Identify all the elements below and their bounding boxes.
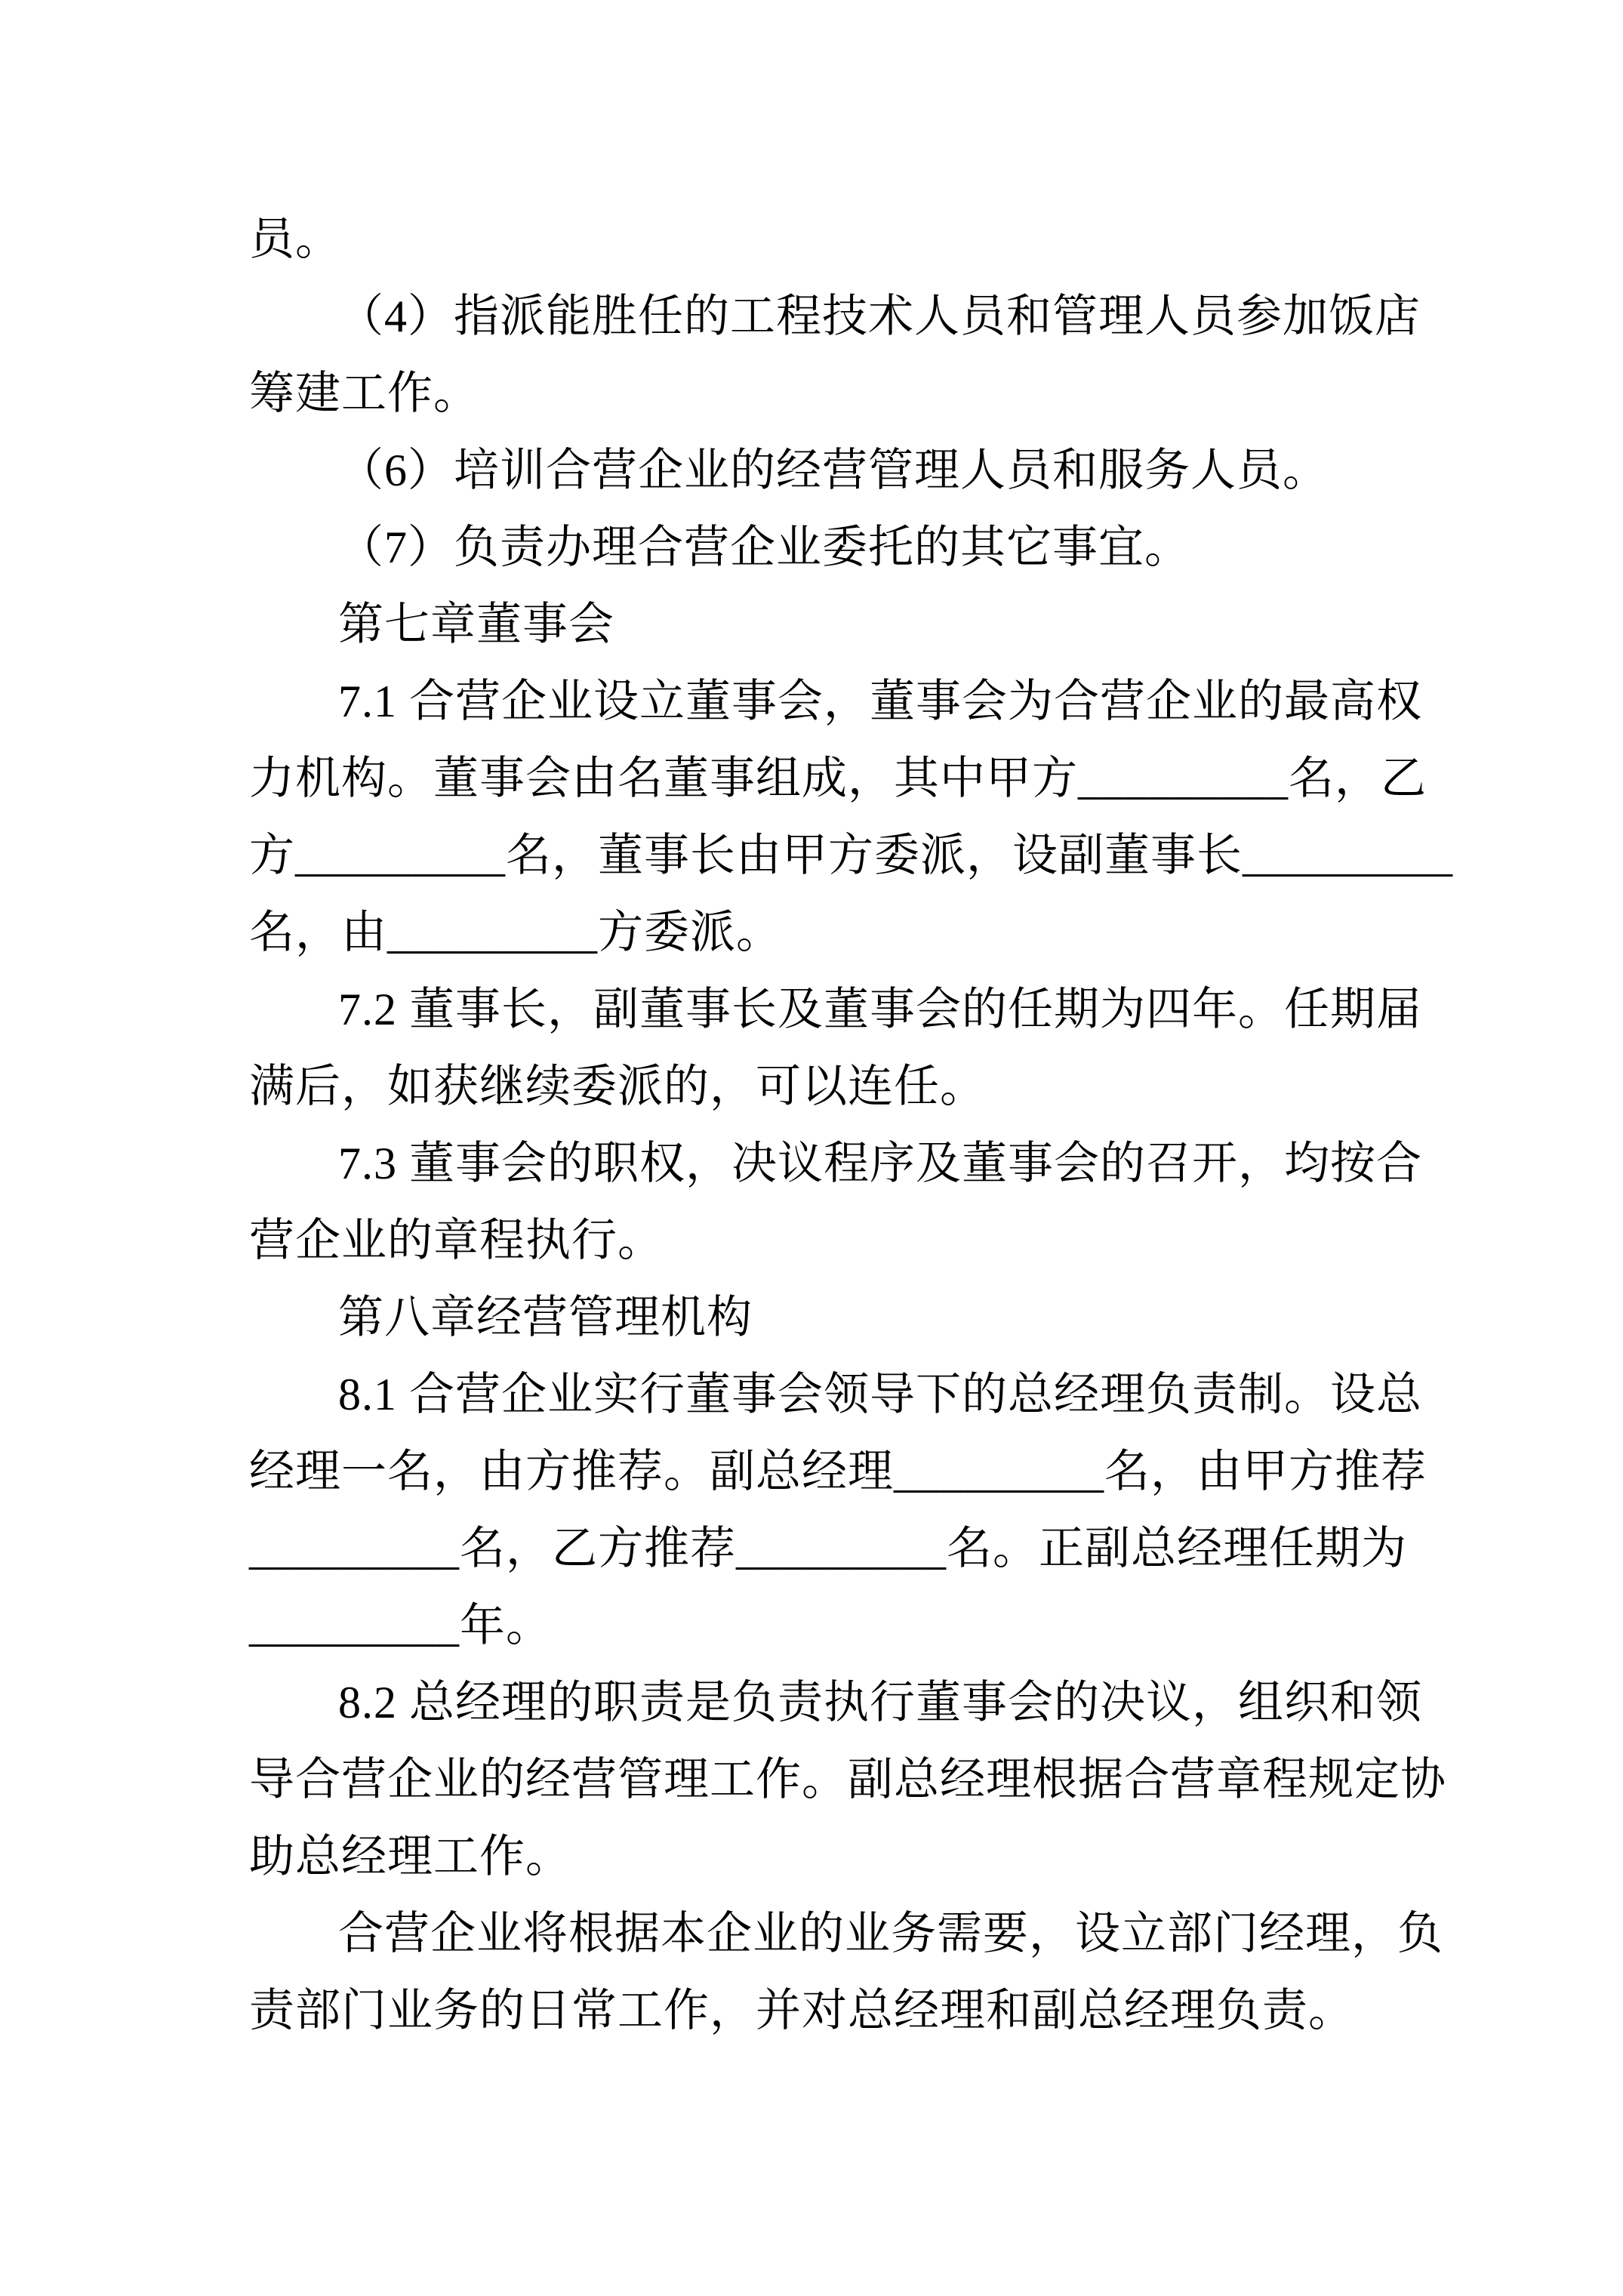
doc-line: 筹建工作。 <box>249 355 1412 432</box>
doc-line: 导合营企业的经营管理工作。副总经理根据合营章程规定协 <box>249 1741 1412 1818</box>
chapter-heading: 第八章经营管理机构 <box>249 1279 1412 1356</box>
doc-line-with-blank: 经理一名，由方推荐。副总经理_________名，由甲方推荐 <box>249 1433 1412 1510</box>
doc-line: 员。 <box>249 201 1412 278</box>
doc-line: 责部门业务的日常工作，并对总经理和副总经理负责。 <box>249 1972 1412 2049</box>
doc-line: 合营企业将根据本企业的业务需要，设立部门经理，负 <box>249 1895 1412 1972</box>
doc-line: 8.2 总经理的职责是负责执行董事会的决议，组织和领 <box>249 1664 1412 1741</box>
doc-line: 8.1 合营企业实行董事会领导下的总经理负责制。设总 <box>249 1356 1412 1433</box>
doc-line: 营企业的章程执行。 <box>249 1202 1412 1279</box>
doc-line: 7.3 董事会的职权，决议程序及董事会的召开，均按合 <box>249 1125 1412 1202</box>
chapter-heading: 第七章董事会 <box>249 586 1412 663</box>
document-page: 员。 （4）指派能胜任的工程技术人员和管理人员参加饭店 筹建工作。 （6）培训合… <box>0 0 1623 2296</box>
document-content: 员。 （4）指派能胜任的工程技术人员和管理人员参加饭店 筹建工作。 （6）培训合… <box>249 201 1412 2049</box>
doc-line: （4）指派能胜任的工程技术人员和管理人员参加饭店 <box>249 278 1412 355</box>
doc-line: （6）培训合营企业的经营管理人员和服务人员。 <box>249 432 1412 509</box>
doc-line: 7.2 董事长，副董事长及董事会的任期为四年。任期届 <box>249 971 1412 1048</box>
doc-line-with-blank: _________名，乙方推荐_________名。正副总经理任期为 <box>249 1510 1412 1587</box>
doc-line: （7）负责办理合营企业委托的其它事宜。 <box>249 509 1412 586</box>
doc-line: 助总经理工作。 <box>249 1818 1412 1895</box>
doc-line-with-blank: _________年。 <box>249 1587 1412 1664</box>
doc-line: 7.1 合营企业设立董事会，董事会为合营企业的最高权 <box>249 663 1412 740</box>
doc-line-with-blank: 名，由_________方委派。 <box>249 894 1412 971</box>
doc-line: 满后，如获继续委派的，可以连任。 <box>249 1048 1412 1125</box>
doc-line-with-blank: 方_________名，董事长由甲方委派，设副董事长_________ <box>249 817 1412 894</box>
doc-line-with-blank: 力机构。董事会由名董事组成，其中甲方_________名，乙 <box>249 740 1412 817</box>
